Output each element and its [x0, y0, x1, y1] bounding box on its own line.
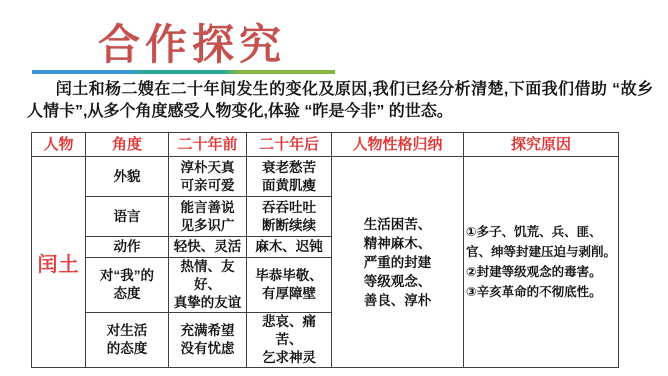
before-cell: 充满希望 没有忧虑 — [169, 313, 247, 368]
reason-analysis-cell: ①多子、饥荒、兵、匪、官、绅等封建压迫与剥削。 ②封建等级观念的毒害。 ③辛亥革… — [464, 157, 619, 368]
angle-cell: 动作 — [86, 237, 169, 258]
before-cell: 轻快、灵活 — [169, 237, 247, 258]
before-cell: 热情、友好、 真挚的友谊 — [169, 258, 247, 313]
slide: 合作探究 闰土和杨二嫂在二十年间发生的变化及原因,我们已经分析清楚,下面我们借助… — [0, 0, 668, 376]
col-header-personality: 人物性格归纳 — [332, 133, 464, 157]
title-underline-divider — [32, 70, 335, 74]
after-cell: 毕恭毕敬、 有厚障壁 — [247, 258, 332, 313]
col-header-after: 二十年后 — [247, 133, 332, 157]
after-cell: 麻木、迟钝 — [247, 237, 332, 258]
col-header-reason: 探究原因 — [464, 133, 619, 157]
angle-cell: 对“我”的 态度 — [86, 258, 169, 313]
personality-summary-cell: 生活困苦、 精神麻木、 严重的封建 等级观念、 善良、淳朴 — [332, 157, 464, 368]
after-cell: 衰老愁苦 面黄肌瘦 — [247, 157, 332, 197]
page-title: 合作探究 — [98, 22, 286, 68]
angle-cell: 外貌 — [86, 157, 169, 197]
angle-cell: 对生活 的态度 — [86, 313, 169, 368]
reason-analysis-text: ①多子、饥荒、兵、匪、官、绅等封建压迫与剥削。 ②封建等级观念的毒害。 ③辛亥革… — [466, 222, 616, 302]
col-header-angle: 角度 — [86, 133, 169, 157]
before-cell: 能言善说 见多识广 — [169, 197, 247, 237]
before-cell: 淳朴天真 可亲可爱 — [169, 157, 247, 197]
col-header-before: 二十年前 — [169, 133, 247, 157]
after-cell: 吞吞吐吐 断断续续 — [247, 197, 332, 237]
angle-cell: 语言 — [86, 197, 169, 237]
personality-summary-text: 生活困苦、 精神麻木、 严重的封建 等级观念、 善良、淳朴 — [364, 215, 432, 310]
intro-paragraph: 闰土和杨二嫂在二十年间发生的变化及原因,我们已经分析清楚,下面我们借助 “故乡人… — [27, 79, 653, 123]
character-analysis-table: 人物 角度 二十年前 二十年后 人物性格归纳 探究原因 闰土 外貌 淳朴天真 可… — [31, 132, 619, 368]
col-header-person: 人物 — [32, 133, 86, 157]
person-name-cell: 闰土 — [32, 157, 86, 368]
after-cell: 悲哀、痛苦、 乞求神灵 — [247, 313, 332, 368]
table-header-row: 人物 角度 二十年前 二十年后 人物性格归纳 探究原因 — [32, 133, 619, 157]
table-row: 闰土 外貌 淳朴天真 可亲可爱 衰老愁苦 面黄肌瘦 生活困苦、 精神麻木、 严重… — [32, 157, 619, 197]
